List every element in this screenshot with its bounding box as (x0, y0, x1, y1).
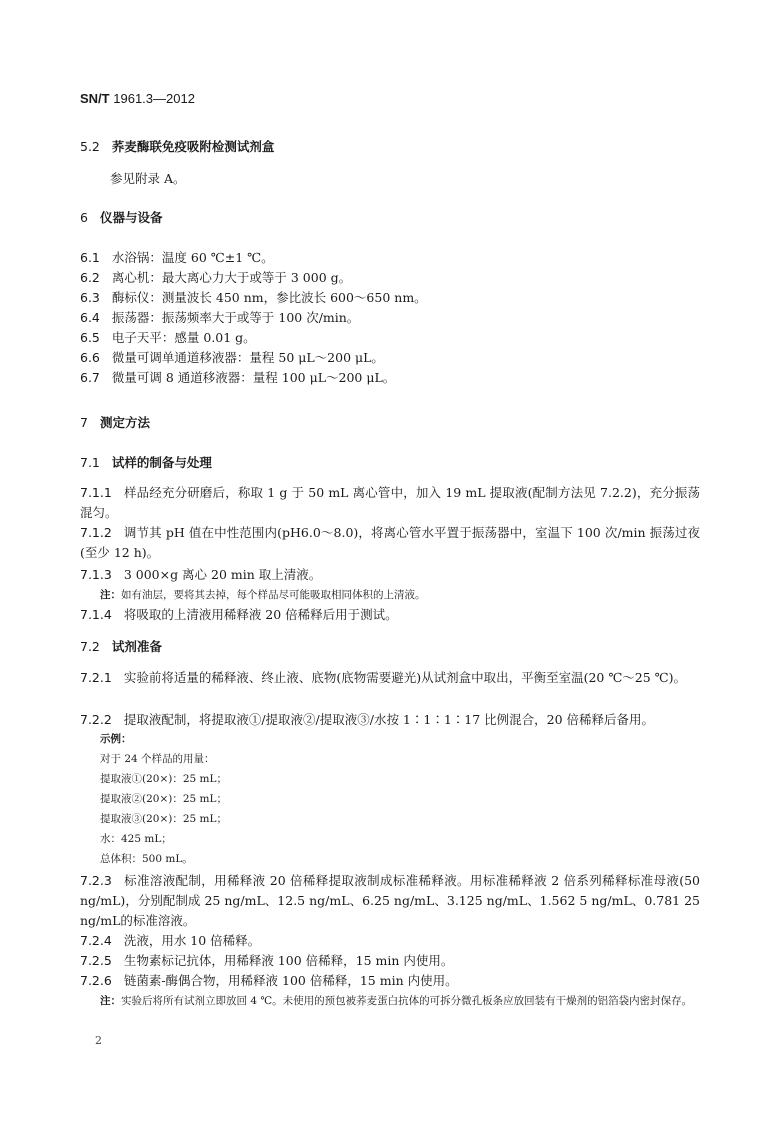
section-6-heading: 6仪器与设备 (80, 208, 162, 226)
standard-code: SN/T (80, 91, 110, 106)
example-line: 提取液①(20×)：25 mL； (100, 771, 227, 786)
example-line: 对于 24 个样品的用量： (100, 751, 215, 766)
item-7-1-2: 7.1.2调节其 pH 值在中性范围内(pH6.0～8.0)，将离心管水平置于振… (80, 523, 700, 563)
section-5-2-body: 参见附录 A。 (110, 169, 186, 187)
page-number: 2 (95, 1034, 102, 1047)
item-6-7: 6.7微量可调 8 通道移液器：量程 100 μL～200 μL。 (80, 368, 395, 386)
section-7-heading: 7测定方法 (80, 413, 150, 431)
standard-number: 1961.3—2012 (113, 91, 195, 106)
section-7-2-heading: 7.2试剂准备 (80, 637, 162, 655)
item-7-2-2: 7.2.2提取液配制，将提取液①/提取液②/提取液③/水按 1∶1∶1∶17 比… (80, 710, 654, 728)
example-label: 示例： (100, 731, 132, 746)
example-line: 水：425 mL； (100, 831, 172, 846)
item-7-2-6: 7.2.6链菌素-酶偶合物，用稀释液 100 倍稀释，15 min 内使用。 (80, 971, 458, 989)
section-7-1-heading: 7.1试样的制备与处理 (80, 453, 212, 471)
item-6-3: 6.3酶标仪：测量波长 450 nm，参比波长 600～650 nm。 (80, 288, 427, 306)
note-7-2-6: 注：实验后将所有试剂立即放回 4 ℃。未使用的预包被荞麦蛋白抗体的可拆分微孔板条… (100, 992, 722, 1010)
item-6-5: 6.5电子天平：感量 0.01 g。 (80, 328, 256, 346)
standard-header: SN/T 1961.3—2012 (80, 91, 195, 106)
note-7-1-3: 注：如有油层，要将其去掉，每个样品尽可能吸取相同体积的上清液。 (100, 587, 426, 602)
item-7-1-4: 7.1.4将吸取的上清液用稀释液 20 倍稀释后用于测试。 (80, 605, 398, 623)
example-line: 提取液②(20×)：25 mL； (100, 791, 227, 806)
section-5-2-heading: 5.2荞麦酶联免疫吸附检测试剂盒 (80, 137, 274, 155)
example-line: 总体积：500 mL。 (100, 851, 193, 866)
example-line: 提取液③(20×)：25 mL； (100, 811, 227, 826)
item-7-2-4: 7.2.4洗液，用水 10 倍稀释。 (80, 931, 260, 949)
item-6-6: 6.6微量可调单通道移液器：量程 50 μL～200 μL。 (80, 348, 384, 366)
item-7-1-3: 7.1.33 000×g 离心 20 min 取上清液。 (80, 565, 321, 583)
item-6-2: 6.2离心机：最大离心力大于或等于 3 000 g。 (80, 268, 351, 286)
item-7-2-1: 7.2.1实验前将适量的稀释液、终止液、底物(底物需要避光)从试剂盒中取出，平衡… (80, 668, 700, 688)
item-6-4: 6.4振荡器：振荡频率大于或等于 100 次/min。 (80, 308, 359, 326)
item-7-2-3: 7.2.3标准溶液配制，用稀释液 20 倍稀释提取液制成标准稀释液。用标准稀释液… (80, 871, 700, 931)
item-7-2-5: 7.2.5生物素标记抗体，用稀释液 100 倍稀释，15 min 内使用。 (80, 951, 453, 969)
item-6-1: 6.1水浴锅：温度 60 ℃±1 ℃。 (80, 248, 274, 266)
item-7-1-1: 7.1.1样品经充分研磨后，称取 1 g 于 50 mL 离心管中，加入 19 … (80, 483, 700, 523)
